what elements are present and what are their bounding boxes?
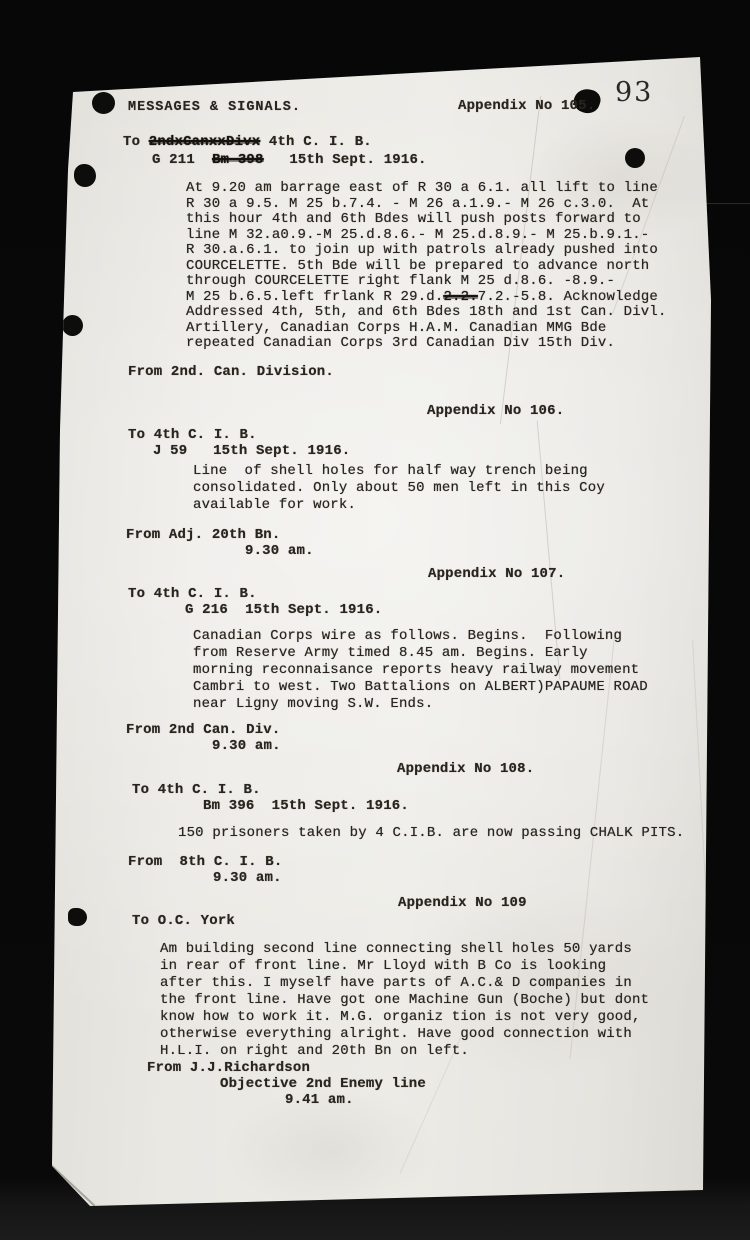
msg1-to-struck-text: 2ndxCanxxDivx (149, 134, 261, 150)
hole-punch-3 (62, 315, 83, 336)
msg3-body: Canadian Corps wire as follows. Begins. … (193, 628, 648, 713)
msg3-time: 9.30 am. (212, 738, 281, 755)
msg4-body: 150 prisoners taken by 4 C.I.B. are now … (178, 825, 684, 842)
msg5-body: Am building second line connecting shell… (160, 941, 649, 1060)
hole-punch-4 (68, 908, 87, 926)
msg2-ref-line: J 59 15th Sept. 1916. (153, 443, 350, 460)
msg5-appendix: Appendix No 109 (398, 895, 527, 912)
msg3-to-line: To 4th C. I. B. (128, 586, 257, 603)
msg3-appendix: Appendix No 107. (428, 566, 565, 583)
msg1-from-line: From 2nd. Can. Division. (128, 364, 334, 381)
msg4-time: 9.30 am. (213, 870, 282, 887)
msg1-body-struck-text: 2.2. (443, 289, 477, 305)
appendix-header: Appendix No 105. (458, 98, 595, 115)
paper-crease (692, 640, 709, 940)
folded-corner-line (46, 1160, 96, 1206)
msg3-from-line: From 2nd Can. Div. (126, 722, 280, 739)
msg3-ref-line: G 216 15th Sept. 1916. (185, 602, 382, 619)
msg5-time: 9.41 am. (285, 1092, 354, 1109)
msg1-ref-post: 15th Sept. 1916. (264, 152, 427, 168)
hole-punch-2 (74, 164, 96, 187)
msg5-objective-line: Objective 2nd Enemy line (220, 1076, 426, 1093)
msg1-ref-line: G 211 Bm 398 15th Sept. 1916. (152, 152, 427, 169)
hole-punch-5 (625, 148, 645, 168)
msg2-to-line: To 4th C. I. B. (128, 427, 257, 444)
msg1-to-line: To 2ndxCanxxDivx 4th C. I. B. (123, 134, 372, 151)
page-number: 93 (615, 84, 653, 101)
msg4-appendix: Appendix No 108. (397, 761, 534, 778)
paper-sheet: MESSAGES & SIGNALS. Appendix No 105. 93 … (0, 0, 750, 1240)
msg1-ref-struck-text: Bm 398 (212, 152, 264, 168)
msg5-from-line: From J.J.Richardson (147, 1060, 310, 1077)
msg5-to-line: To O.C. York (132, 913, 235, 930)
msg4-to-line: To 4th C. I. B. (132, 782, 261, 799)
msg4-from-line: From 8th C. I. B. (128, 854, 282, 871)
msg1-body: At 9.20 am barrage east of R 30 a 6.1. a… (186, 181, 667, 352)
page-title: MESSAGES & SIGNALS. (128, 99, 301, 116)
msg2-appendix: Appendix No 106. (427, 403, 564, 420)
msg2-from-line: From Adj. 20th Bn. (126, 527, 280, 544)
photographed-document: MESSAGES & SIGNALS. Appendix No 105. 93 … (0, 0, 750, 1240)
msg1-body-a: At 9.20 am barrage east of R 30 a 6.1. a… (186, 180, 658, 305)
msg2-time: 9.30 am. (245, 543, 314, 560)
msg1-ref-pre: G 211 (152, 152, 212, 168)
msg4-ref-line: Bm 396 15th Sept. 1916. (203, 798, 409, 815)
msg2-body: Line of shell holes for half way trench … (193, 463, 605, 514)
msg1-to-prefix: To (123, 134, 149, 150)
msg1-to-rest: 4th C. I. B. (260, 134, 372, 150)
hole-punch-1 (92, 92, 115, 114)
